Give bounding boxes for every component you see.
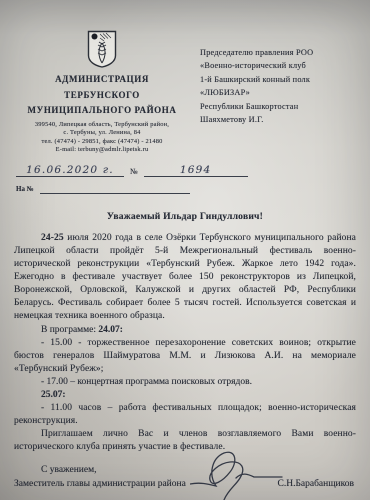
regards-line: С уважением,: [14, 464, 356, 478]
addressee-line: Председателю правления РОО: [200, 46, 356, 59]
outgoing-number-field: 1694: [144, 164, 248, 177]
org-name-line-3: МУНИЦИПАЛЬНОГО РАЙОНА: [14, 104, 190, 117]
festival-dates: 24-25: [41, 233, 64, 243]
program-item-1700: - 17.00 – концертная программа поисковых…: [14, 376, 356, 389]
paragraph-festival-announcement: 24-25 июля 2020 года в селе Озёрки Тербу…: [14, 232, 356, 324]
reply-reference-blank-field: [40, 184, 190, 194]
program-day1-date: 24.07:: [98, 325, 123, 335]
org-address-line: с. Тербуны, ул. Ленина, 84: [14, 129, 190, 138]
signer-name: С.Н.Барабанщиков: [278, 478, 357, 492]
number-sign-label: №: [130, 167, 138, 176]
addressee-line: «ЛЮБИЗАР»: [200, 86, 356, 99]
handwritten-number: 1694: [180, 164, 212, 176]
program-day2-date: 25.07:: [14, 389, 356, 402]
org-name-line-2: ТЕРБУНСКОГО: [14, 89, 190, 102]
signer-title: Заместитель главы администрации района: [14, 478, 186, 492]
program-item-1100: - 11.00 часов – работа фестивальных площ…: [14, 402, 356, 428]
org-address-line: 399540, Липецкая область, Тербунский рай…: [14, 121, 190, 130]
paragraph-invitation: Приглашаем лично Вас и членов возглавляе…: [14, 428, 356, 454]
reference-rows: 16.06.2020 г. № 1694 На №: [14, 161, 264, 194]
org-phone-line: тел. (47474) - 29851, факс (47474) - 214…: [14, 138, 190, 147]
program-intro-line: В программе: 24.07:: [14, 324, 356, 337]
addressee-line: 1-й Башкирский конный полк: [200, 73, 356, 86]
addressee-line: «Военно-исторический клуб: [200, 59, 356, 72]
coat-of-arms-icon: [87, 30, 117, 68]
org-email-line: E-mail: terbuny@admlr.lipetsk.ru: [14, 146, 190, 155]
handwritten-date: 16.06.2020 г.: [26, 164, 114, 176]
addressee-block: Председателю правления РОО «Военно-истор…: [190, 30, 356, 155]
signature-block: С уважением, Заместитель главы администр…: [14, 464, 356, 491]
festival-description: июля 2020 года в селе Озёрки Тербунского…: [14, 233, 356, 322]
salutation: Уважаемый Ильдар Гиндуллович!: [14, 211, 356, 222]
letter-body: 24-25 июля 2020 года в селе Озёрки Тербу…: [14, 232, 356, 455]
reply-reference-row: На №: [16, 179, 264, 194]
program-item-1500: - 15.00 - торжественное перезахоронение …: [14, 337, 356, 376]
addressee-line: Республики Башкортостан: [200, 100, 356, 113]
org-address-block: 399540, Липецкая область, Тербунский рай…: [14, 121, 190, 155]
reply-reference-label: На №: [16, 185, 34, 194]
org-name-line-1: АДМИНИСТРАЦИЯ: [14, 73, 190, 86]
letterhead: АДМИНИСТРАЦИЯ ТЕРБУНСКОГО МУНИЦИПАЛЬНОГО…: [14, 30, 356, 155]
signature-row: Заместитель главы администрации района С…: [14, 478, 356, 492]
date-number-row: 16.06.2020 г. № 1694: [16, 161, 264, 177]
program-intro-label: В программе:: [41, 325, 98, 335]
letterhead-left-column: АДМИНИСТРАЦИЯ ТЕРБУНСКОГО МУНИЦИПАЛЬНОГО…: [14, 30, 190, 155]
letter-document: АДМИНИСТРАЦИЯ ТЕРБУНСКОГО МУНИЦИПАЛЬНОГО…: [0, 0, 370, 500]
date-field: 16.06.2020 г.: [16, 164, 124, 177]
addressee-name: Шаяхметову И.Г.: [200, 113, 356, 126]
